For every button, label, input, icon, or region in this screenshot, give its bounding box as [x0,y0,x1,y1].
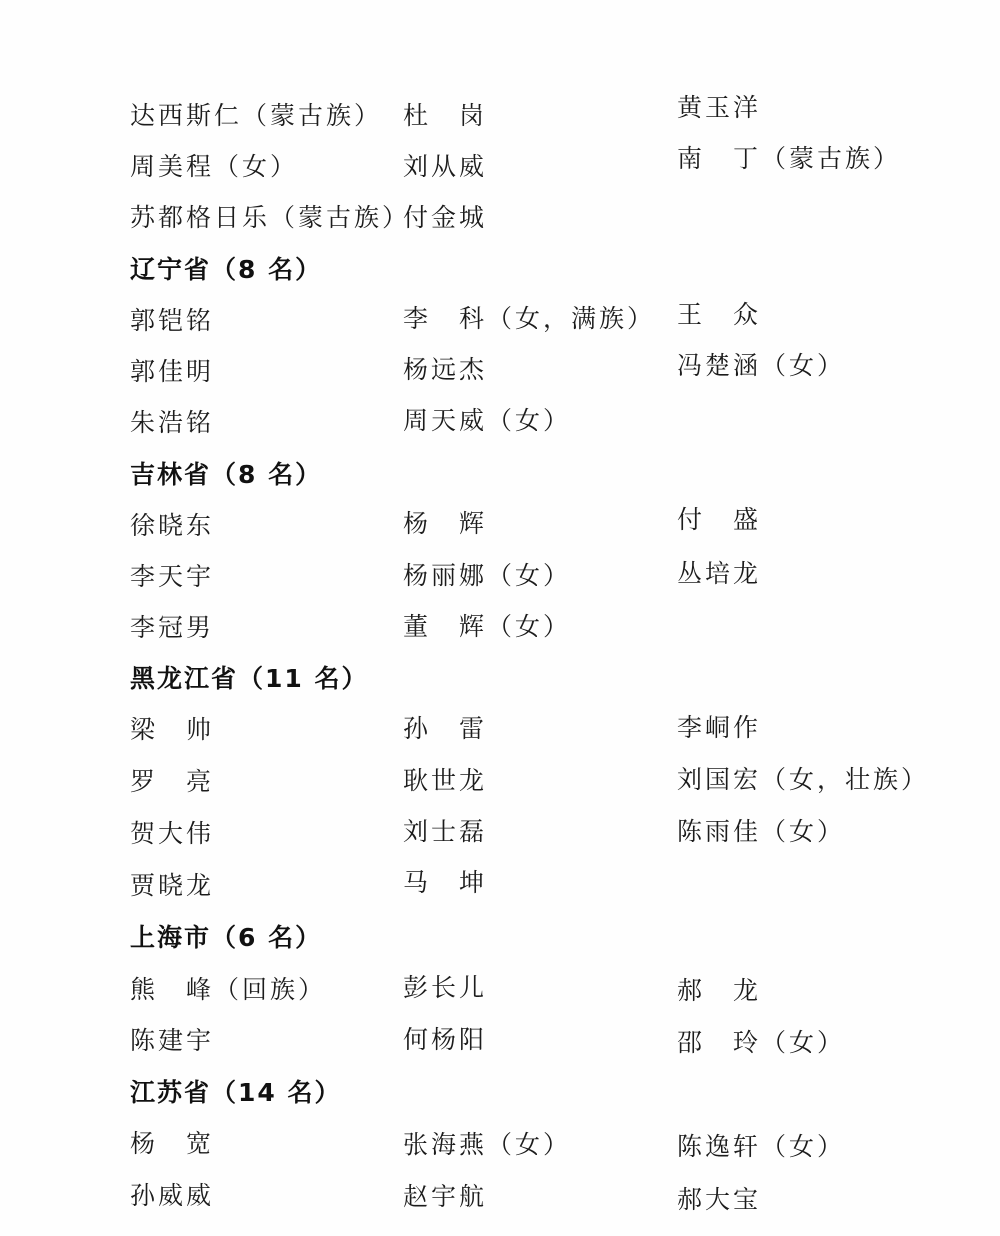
section-heading: 江苏省（14 名） [130,1077,342,1109]
name-entry: 苏都格日乐（蒙古族） [130,202,410,234]
name-entry: 杨丽娜（女） [403,560,571,592]
name-entry: 李天宇 [130,561,214,593]
name-entry: 杨 宽 [130,1128,214,1160]
name-entry: 贾晓龙 [130,870,214,902]
name-entry: 熊 峰（回族） [130,974,326,1006]
name-entry: 孙威威 [130,1180,214,1212]
name-entry: 南 丁（蒙古族） [677,143,901,175]
name-entry: 郭佳明 [130,356,214,388]
name-entry: 陈逸轩（女） [677,1131,845,1163]
name-entry: 郝大宝 [677,1184,761,1216]
name-entry: 付 盛 [677,504,761,536]
name-entry: 周天威（女） [403,405,571,437]
name-entry: 杨 辉 [403,508,487,540]
name-entry: 陈雨佳（女） [677,816,845,848]
name-entry: 耿世龙 [403,765,487,797]
name-entry: 达西斯仁（蒙古族） [130,100,382,132]
name-entry: 朱浩铭 [130,407,214,439]
section-heading: 上海市（6 名） [130,922,322,954]
name-entry: 徐晓东 [130,510,214,542]
name-entry: 刘从威 [403,151,487,183]
name-entry: 孙 雷 [403,713,487,745]
section-heading: 黑龙江省（11 名） [130,663,369,695]
name-entry: 刘国宏（女，壮族） [677,764,929,796]
name-entry: 王 众 [677,299,761,331]
name-entry: 李峒作 [677,712,761,744]
document-page: 达西斯仁（蒙古族）杜 岗黄玉洋周美程（女）刘从威南 丁（蒙古族）苏都格日乐（蒙古… [0,0,1000,1236]
name-entry: 董 辉（女） [403,611,571,643]
section-heading: 吉林省（8 名） [130,459,322,491]
name-entry: 马 坤 [403,867,487,899]
name-entry: 梁 帅 [130,714,214,746]
name-entry: 贺大伟 [130,818,214,850]
name-entry: 赵宇航 [403,1181,487,1213]
name-entry: 李 科（女，满族） [403,303,655,335]
name-entry: 何杨阳 [403,1024,487,1056]
name-entry: 郭铠铭 [130,305,214,337]
name-entry: 罗 亮 [130,766,214,798]
name-entry: 郝 龙 [677,975,761,1007]
name-entry: 冯楚涵（女） [677,350,845,382]
name-entry: 陈建宇 [130,1025,214,1057]
section-heading: 辽宁省（8 名） [130,254,322,286]
name-entry: 黄玉洋 [677,92,761,124]
name-entry: 彭长儿 [403,972,487,1004]
name-entry: 邵 玲（女） [677,1027,845,1059]
name-entry: 周美程（女） [130,151,298,183]
name-entry: 丛培龙 [677,558,761,590]
name-entry: 杨远杰 [403,354,487,386]
name-entry: 李冠男 [130,612,214,644]
name-entry: 杜 岗 [403,100,487,132]
name-entry: 刘士磊 [403,816,487,848]
name-entry: 付金城 [403,202,487,234]
name-entry: 张海燕（女） [403,1129,571,1161]
